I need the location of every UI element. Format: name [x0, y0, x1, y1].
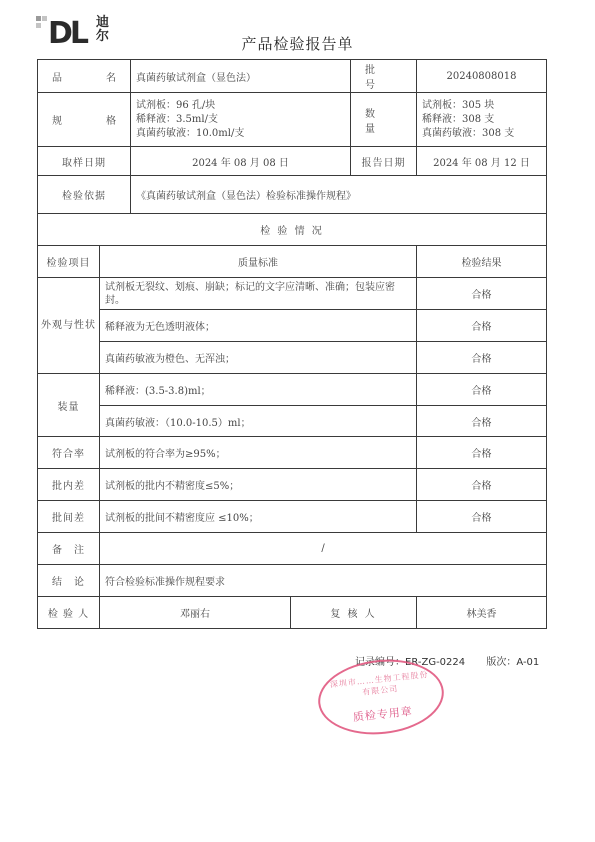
row-column-headers: 检验项目 质量标准 检验结果 — [38, 246, 547, 278]
table-row: 外观与性状 试剂板无裂纹、划痕、崩缺；标记的文字应清晰、准确；包装应密封。 合格 — [38, 278, 547, 310]
quantity-line: 真菌药敏液：308 支 — [422, 127, 541, 141]
standard-text: 试剂板的符合率为≥95%； — [100, 437, 417, 469]
spec-value: 试剂板：96 孔/块 稀释液：3.5ml/支 真菌药敏液：10.0ml/支 — [131, 93, 351, 147]
table-row: 稀释液为无色透明液体； 合格 — [38, 310, 547, 342]
standard-text: 真菌药敏液：（10.0-10.5）ml； — [100, 406, 417, 437]
spec-line: 试剂板：96 孔/块 — [136, 99, 345, 113]
spec-label: 规 格 — [38, 93, 131, 147]
item-appearance: 外观与性状 — [38, 278, 100, 374]
quantity-line: 稀释液：308 支 — [422, 113, 541, 127]
item-fill-volume: 装量 — [38, 374, 100, 437]
report-date-label: 报告日期 — [351, 147, 417, 176]
row-conclusion: 结 论 符合检验标准操作规程要求 — [38, 565, 547, 597]
batch-value: 20240808018 — [417, 60, 547, 93]
standard-text: 真菌药敏液为橙色、无浑浊； — [100, 342, 417, 374]
product-name-value: 真菌药敏试剂盒（显色法） — [131, 60, 351, 93]
standard-text: 试剂板的批内不精密度≤5%； — [100, 469, 417, 501]
item-inter-batch: 批间差 — [38, 501, 100, 533]
product-name-label: 品 名 — [38, 60, 131, 93]
table-row: 符合率 试剂板的符合率为≥95%； 合格 — [38, 437, 547, 469]
section-title: 检 验 情 况 — [38, 214, 547, 246]
row-remarks: 备 注 / — [38, 533, 547, 565]
seal-ring-text: 深圳市……生物工程股份有限公司 — [326, 669, 434, 702]
result-text: 合格 — [417, 310, 547, 342]
result-text: 合格 — [417, 406, 547, 437]
seal-text: 质检专用章 — [321, 700, 444, 729]
result-text: 合格 — [417, 342, 547, 374]
item-coincidence-rate: 符合率 — [38, 437, 100, 469]
result-text: 合格 — [417, 501, 547, 533]
result-text: 合格 — [417, 469, 547, 501]
table-row: 批间差 试剂板的批间不精密度应 ≤10%； 合格 — [38, 501, 547, 533]
logo-pixel — [36, 23, 41, 28]
row-signatures: 检 验 人 邓丽右 复 核 人 林美香 — [38, 597, 547, 629]
result-text: 合格 — [417, 374, 547, 406]
row-section-title: 检 验 情 况 — [38, 214, 547, 246]
inspector-label: 检 验 人 — [38, 597, 100, 629]
standard-text: 试剂板无裂纹、划痕、崩缺；标记的文字应清晰、准确；包装应密封。 — [100, 278, 417, 310]
reviewer-name: 林美香 — [417, 597, 547, 629]
col-header-standard: 质量标准 — [100, 246, 417, 278]
logo-pixel — [36, 16, 41, 21]
report-date-value: 2024 年 08 月 12 日 — [417, 147, 547, 176]
standard-text: 稀释液：(3.5-3.8)ml； — [100, 374, 417, 406]
result-text: 合格 — [417, 437, 547, 469]
page-title: 产品检验报告单 — [0, 33, 595, 54]
standard-text: 稀释液为无色透明液体； — [100, 310, 417, 342]
table-row: 装量 稀释液：(3.5-3.8)ml； 合格 — [38, 374, 547, 406]
table-row: 真菌药敏液：（10.0-10.5）ml； 合格 — [38, 406, 547, 437]
conclusion-value: 符合检验标准操作规程要求 — [100, 565, 547, 597]
spec-line: 真菌药敏液：10.0ml/支 — [136, 127, 345, 141]
standard-text: 试剂板的批间不精密度应 ≤10%； — [100, 501, 417, 533]
quantity-label: 数 量 — [351, 93, 417, 147]
sample-date-value: 2024 年 08 月 08 日 — [131, 147, 351, 176]
reviewer-label: 复 核 人 — [291, 597, 417, 629]
conclusion-label: 结 论 — [38, 565, 100, 597]
item-intra-batch: 批内差 — [38, 469, 100, 501]
basis-label: 检验依据 — [38, 176, 131, 214]
remarks-label: 备 注 — [38, 533, 100, 565]
table-row: 批内差 试剂板的批内不精密度≤5%； 合格 — [38, 469, 547, 501]
spec-line: 稀释液：3.5ml/支 — [136, 113, 345, 127]
row-spec: 规 格 试剂板：96 孔/块 稀释液：3.5ml/支 真菌药敏液：10.0ml/… — [38, 93, 547, 147]
quantity-value: 试剂板：305 块 稀释液：308 支 真菌药敏液：308 支 — [417, 93, 547, 147]
table-row: 真菌药敏液为橙色、无浑浊； 合格 — [38, 342, 547, 374]
logo-cn-1: 迪 — [96, 16, 109, 30]
batch-label: 批 号 — [351, 60, 417, 93]
quantity-line: 试剂板：305 块 — [422, 99, 541, 113]
basis-value: 《真菌药敏试剂盒（显色法）检验标准操作规程》 — [131, 176, 547, 214]
inspection-report-table: 品 名 真菌药敏试剂盒（显色法） 批 号 20240808018 规 格 试剂板… — [37, 59, 547, 629]
row-basis: 检验依据 《真菌药敏试剂盒（显色法）检验标准操作规程》 — [38, 176, 547, 214]
inspector-name: 邓丽右 — [100, 597, 291, 629]
version-number: 版次：A-01 — [486, 657, 539, 668]
row-dates: 取样日期 2024 年 08 月 08 日 报告日期 2024 年 08 月 1… — [38, 147, 547, 176]
col-header-item: 检验项目 — [38, 246, 100, 278]
result-text: 合格 — [417, 278, 547, 310]
col-header-result: 检验结果 — [417, 246, 547, 278]
row-product-name: 品 名 真菌药敏试剂盒（显色法） 批 号 20240808018 — [38, 60, 547, 93]
sample-date-label: 取样日期 — [38, 147, 131, 176]
logo-pixel — [42, 16, 47, 21]
remarks-value: / — [100, 533, 547, 565]
